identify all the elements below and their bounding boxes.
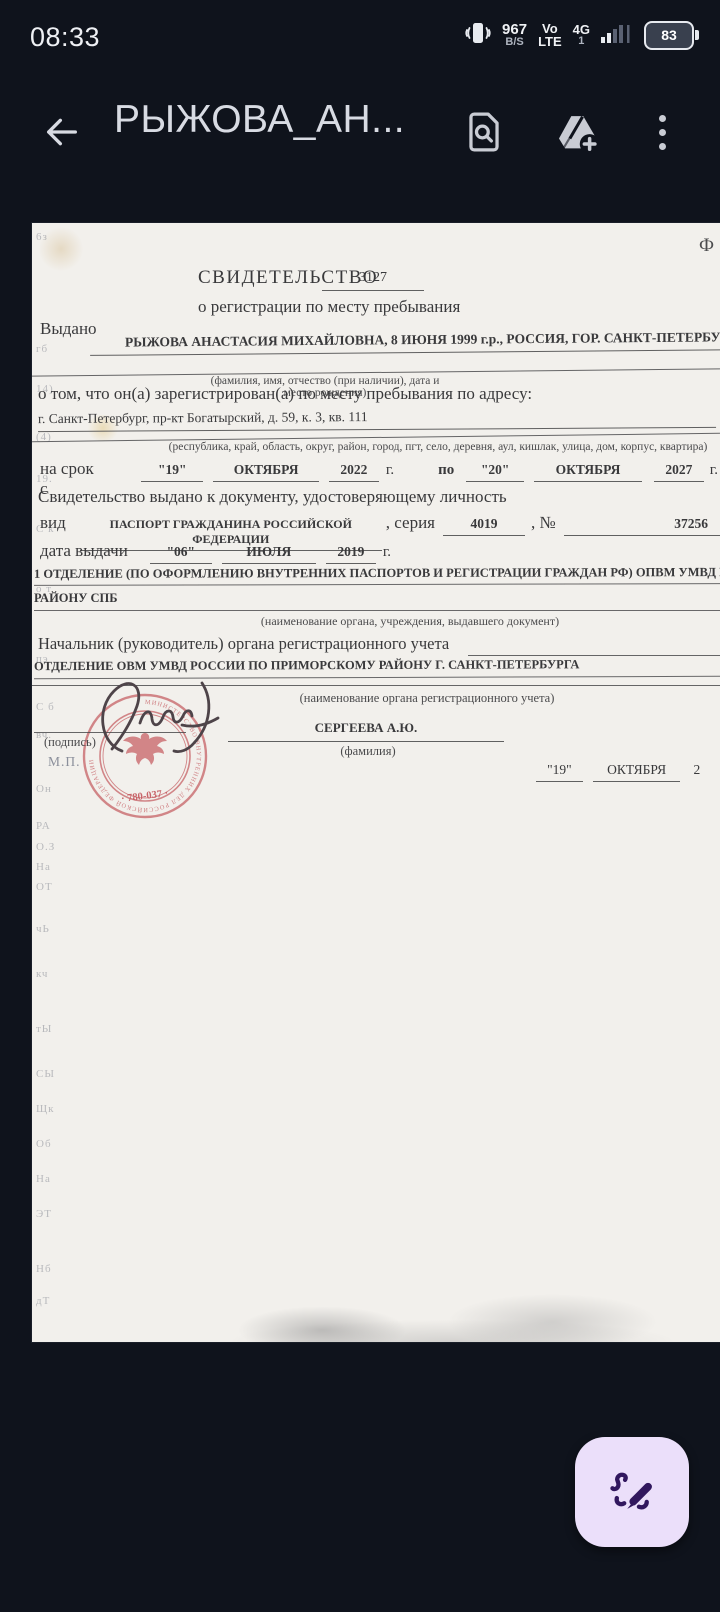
number-label: , № — [531, 513, 556, 533]
signature-rule — [34, 732, 186, 733]
battery-icon: 83 — [644, 21, 694, 50]
status-bar: 08:33 967 B/S Vo LTE 4G 1 — [0, 0, 720, 70]
add-to-drive-button[interactable] — [550, 104, 606, 160]
document-page[interactable]: Ф СВИДЕТЕЛЬСТВО 3127 о регистрации по ме… — [32, 223, 720, 1342]
sign-date-row: "19" ОКТЯБРЯ 2 — [536, 760, 720, 782]
scan-shadow — [32, 1272, 720, 1342]
stamp-number: · 780-037 · — [121, 788, 169, 805]
series-label: , серия — [386, 513, 435, 533]
period-to-year: 2027 — [654, 460, 704, 482]
volte-indicator: Vo LTE — [538, 22, 562, 49]
period-from-month: ОКТЯБРЯ — [213, 460, 319, 482]
address-value: г. Санкт-Петербург, пр-кт Богатырский, д… — [38, 407, 716, 432]
certificate-number: 3127 — [322, 270, 424, 291]
period-to-label: по — [438, 462, 454, 479]
search-in-document-button[interactable] — [456, 104, 512, 160]
year-suffix: г. — [710, 462, 718, 479]
signature-pen-icon — [606, 1466, 658, 1518]
authority-caption: (наименование органа регистрационного уч… — [272, 691, 582, 706]
document-outline-icon — [471, 114, 497, 150]
phone-screen: 08:33 967 B/S Vo LTE 4G 1 — [0, 0, 720, 1612]
surname-caption: (фамилия) — [332, 744, 404, 759]
issued-person-value: РЫЖОВА АНАСТАСИЯ МИХАЙЛОВНА, 8 ИЮНЯ 1999… — [90, 326, 720, 356]
three-dots-icon — [659, 115, 666, 150]
vibrate-icon — [465, 19, 491, 52]
year-suffix: г. — [383, 544, 391, 561]
surname-value: СЕРГЕЕВА А.Ю. — [228, 720, 504, 742]
period-to-day: "20" — [466, 460, 524, 482]
network-type-indicator: 4G 1 — [573, 23, 590, 47]
identity-line: Свидетельство выдано к документу, удосто… — [38, 487, 507, 507]
signal-bars-icon — [601, 22, 633, 49]
document-title: РЫЖОВА_АН... — [114, 98, 405, 142]
issuer-line2: РАЙОНУ СПБ — [34, 591, 720, 611]
registered-line: о том, что он(а) зарегистрирован(а) по м… — [38, 384, 532, 404]
issue-month: ИЮЛЯ — [222, 542, 316, 564]
issued-label: Выдано — [40, 319, 97, 339]
issue-year: 2019 — [326, 542, 376, 564]
issue-date-row: дата выдачи "06" ИЮЛЯ 2019 г. — [40, 541, 391, 564]
issue-date-label: дата выдачи — [40, 541, 128, 561]
sign-date-day: "19" — [536, 760, 583, 782]
year-suffix: г. — [386, 462, 394, 479]
network-speed-indicator: 967 B/S — [502, 22, 527, 49]
certificate-subtitle: о регистрации по месту пребывания — [198, 297, 460, 317]
overflow-menu-button[interactable] — [634, 104, 690, 160]
issue-day: "06" — [150, 542, 212, 564]
period-from-day: "19" — [141, 460, 203, 482]
issuer-line1: 1 ОТДЕЛЕНИЕ (ПО ОФОРМЛЕНИЮ ВНУТРЕННИХ ПА… — [34, 565, 720, 586]
period-to-month: ОКТЯБРЯ — [534, 460, 642, 482]
back-button[interactable] — [36, 106, 88, 158]
sign-date-year-partial: 2 — [690, 760, 720, 781]
rule-line — [468, 655, 720, 656]
sign-date-month: ОКТЯБРЯ — [593, 760, 681, 782]
period-from-year: 2022 — [329, 460, 379, 482]
stamp-place-abbr: М.П. — [48, 754, 81, 770]
passport-number-value: 37256 — [564, 514, 720, 536]
address-caption: (республика, край, область, округ, район… — [158, 441, 718, 453]
head-line: Начальник (руководитель) органа регистра… — [38, 634, 449, 654]
app-bar: РЫЖОВА_АН... — [0, 80, 720, 188]
clock: 08:33 — [30, 22, 100, 53]
form-letter: Ф — [699, 235, 714, 257]
annotate-button[interactable] — [575, 1437, 689, 1547]
series-value: 4019 — [443, 514, 525, 536]
issuer-caption: (наименование органа, учреждения, выдавш… — [240, 614, 580, 629]
